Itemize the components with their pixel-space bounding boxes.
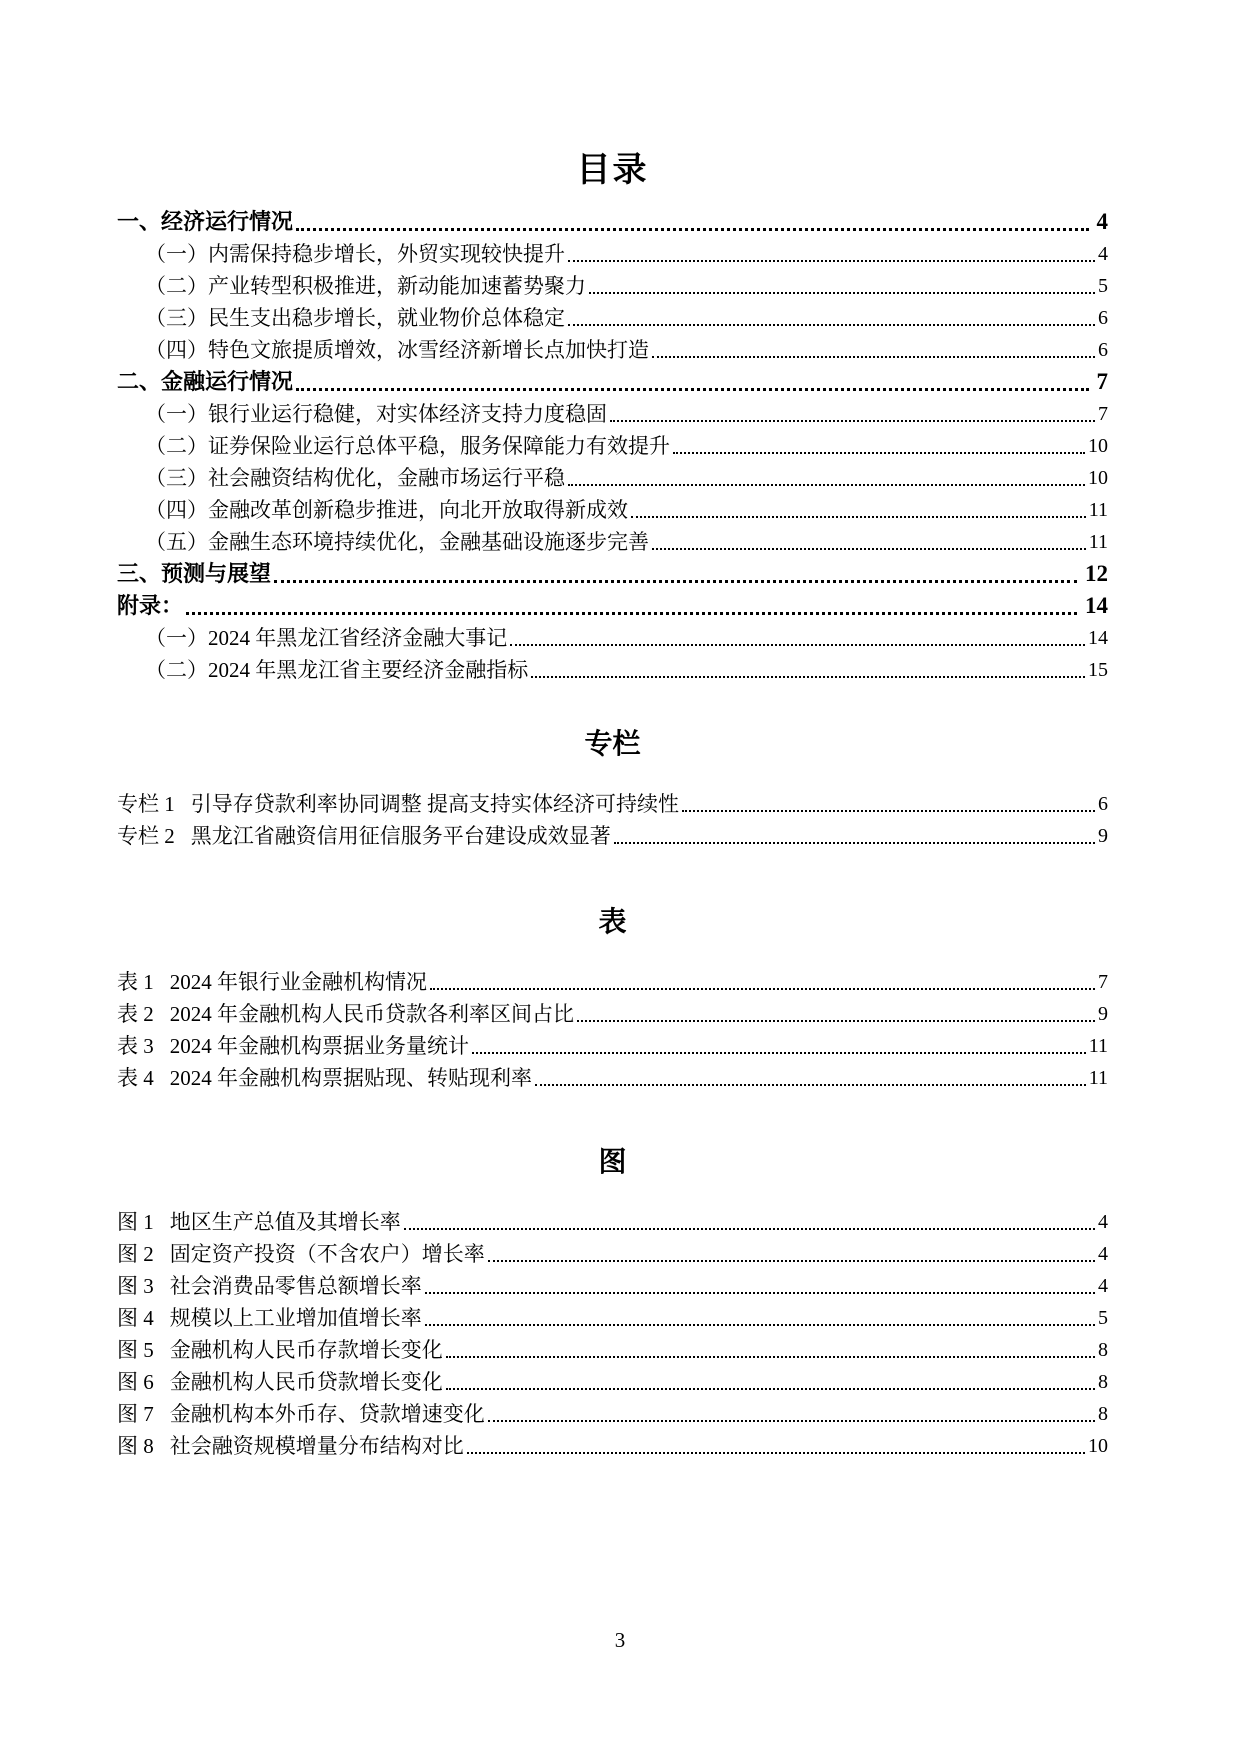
toc-entry-page: 11 (1089, 526, 1108, 558)
columns-entry-page: 6 (1098, 788, 1108, 820)
dotted-leader (186, 612, 1077, 615)
toc-entry-label: （一）银行业运行稳健，对实体经济支持力度稳固 (145, 398, 607, 430)
dotted-leader (404, 1228, 1095, 1230)
figures-entry-title: 金融机构人民币贷款增长变化 (170, 1366, 443, 1398)
dotted-leader (568, 324, 1095, 326)
tables-entry-number: 表 3 (117, 1030, 154, 1062)
toc-entry[interactable]: （五）金融生态环境持续优化，金融基础设施逐步完善11 (117, 526, 1108, 558)
toc-entry[interactable]: 三、预测与展望12 (117, 558, 1108, 590)
figures-entry-title: 金融机构本外币存、贷款增速变化 (170, 1398, 485, 1430)
figures-entry-page: 8 (1098, 1366, 1108, 1398)
section-list-columns: 专栏 1引导存贷款利率协同调整 提高支持实体经济可持续性6专栏 2黑龙江省融资信… (117, 788, 1108, 852)
toc-entry-page: 4 (1098, 238, 1108, 270)
toc-entry-page: 10 (1088, 430, 1108, 462)
dotted-leader (430, 988, 1095, 990)
figures-entry[interactable]: 图 1地区生产总值及其增长率4 (117, 1206, 1108, 1238)
toc-entry-label: （五）金融生态环境持续优化，金融基础设施逐步完善 (145, 526, 649, 558)
columns-entry-number: 专栏 2 (117, 820, 175, 852)
figures-entry[interactable]: 图 4规模以上工业增加值增长率5 (117, 1302, 1108, 1334)
toc-entry-label: （二）证券保险业运行总体平稳，服务保障能力有效提升 (145, 430, 670, 462)
figures-entry-title: 规模以上工业增加值增长率 (170, 1302, 422, 1334)
figures-entry-title: 金融机构人民币存款增长变化 (170, 1334, 443, 1366)
section-list-figures: 图 1地区生产总值及其增长率4图 2固定资产投资（不含农户）增长率4图 3社会消… (117, 1206, 1108, 1462)
toc-entry-page: 10 (1088, 462, 1108, 494)
toc-entry[interactable]: （四）特色文旅提质增效，冰雪经济新增长点加快打造6 (117, 334, 1108, 366)
toc-entry-page: 6 (1098, 334, 1108, 366)
toc-entry-label: （二）产业转型积极推进，新动能加速蓄势聚力 (145, 270, 586, 302)
toc-entry-label: 二、金融运行情况 (117, 366, 293, 398)
section-list-tables: 表 12024 年银行业金融机构情况7表 22024 年金融机构人民币贷款各利率… (117, 966, 1108, 1094)
toc-entry-label: （二）2024 年黑龙江省主要经济金融指标 (145, 654, 528, 686)
tables-entry-page: 7 (1098, 966, 1108, 998)
dotted-leader (577, 1020, 1095, 1022)
footer-page-number: 3 (0, 1626, 1240, 1654)
toc-entry-label: （四）特色文旅提质增效，冰雪经济新增长点加快打造 (145, 334, 649, 366)
toc-entry-label: （一）内需保持稳步增长，外贸实现较快提升 (145, 238, 565, 270)
toc-entry[interactable]: （一）银行业运行稳健，对实体经济支持力度稳固7 (117, 398, 1108, 430)
figures-entry[interactable]: 图 5金融机构人民币存款增长变化8 (117, 1334, 1108, 1366)
section-heading-tables: 表 (117, 904, 1108, 940)
figures-entry-page: 10 (1088, 1430, 1108, 1462)
section-figures: 图图 1地区生产总值及其增长率4图 2固定资产投资（不含农户）增长率4图 3社会… (117, 1144, 1108, 1462)
dotted-leader (610, 420, 1095, 422)
dotted-leader (568, 260, 1095, 262)
tables-entry[interactable]: 表 12024 年银行业金融机构情况7 (117, 966, 1108, 998)
tables-entry-number: 表 4 (117, 1062, 154, 1094)
section-columns: 专栏专栏 1引导存贷款利率协同调整 提高支持实体经济可持续性6专栏 2黑龙江省融… (117, 726, 1108, 852)
toc-entry-label: （四）金融改革创新稳步推进，向北开放取得新成效 (145, 494, 628, 526)
figures-entry-number: 图 6 (117, 1366, 154, 1398)
figures-entry[interactable]: 图 2固定资产投资（不含农户）增长率4 (117, 1238, 1108, 1270)
figures-entry-page: 4 (1098, 1206, 1108, 1238)
dotted-leader (446, 1356, 1095, 1358)
columns-entry-title: 引导存贷款利率协同调整 提高支持实体经济可持续性 (191, 788, 679, 820)
dotted-leader (296, 228, 1088, 231)
dotted-leader (446, 1388, 1095, 1390)
dotted-leader (425, 1324, 1095, 1326)
figures-entry-number: 图 2 (117, 1238, 154, 1270)
figures-entry-number: 图 4 (117, 1302, 154, 1334)
figures-entry-page: 8 (1098, 1334, 1108, 1366)
figures-entry-number: 图 8 (117, 1430, 154, 1462)
toc-entry-label: 三、预测与展望 (117, 558, 271, 590)
toc-entry-label: （三）社会融资结构优化，金融市场运行平稳 (145, 462, 565, 494)
toc-entry[interactable]: （三）社会融资结构优化，金融市场运行平稳10 (117, 462, 1108, 494)
toc-entry[interactable]: （三）民生支出稳步增长，就业物价总体稳定6 (117, 302, 1108, 334)
tables-entry[interactable]: 表 22024 年金融机构人民币贷款各利率区间占比9 (117, 998, 1108, 1030)
dotted-leader (510, 644, 1085, 646)
toc-entry[interactable]: 一、经济运行情况4 (117, 206, 1108, 238)
figures-entry-page: 5 (1098, 1302, 1108, 1334)
dotted-leader (531, 676, 1085, 678)
figures-entry[interactable]: 图 7金融机构本外币存、贷款增速变化8 (117, 1398, 1108, 1430)
figures-entry[interactable]: 图 6金融机构人民币贷款增长变化8 (117, 1366, 1108, 1398)
dotted-leader (631, 516, 1086, 518)
tables-entry-title: 2024 年金融机构票据贴现、转贴现利率 (170, 1062, 532, 1094)
toc-entry-label: （一）2024 年黑龙江省经济金融大事记 (145, 622, 507, 654)
columns-entry-number: 专栏 1 (117, 788, 175, 820)
toc-entry[interactable]: （一）内需保持稳步增长，外贸实现较快提升4 (117, 238, 1108, 270)
toc-entry-label: （三）民生支出稳步增长，就业物价总体稳定 (145, 302, 565, 334)
toc-entry-label: 附录： (117, 590, 183, 622)
toc-entry-page: 6 (1098, 302, 1108, 334)
columns-entry[interactable]: 专栏 2黑龙江省融资信用征信服务平台建设成效显著9 (117, 820, 1108, 852)
figures-entry-number: 图 5 (117, 1334, 154, 1366)
dotted-leader (425, 1292, 1095, 1294)
figures-entry-number: 图 3 (117, 1270, 154, 1302)
tables-entry-page: 11 (1089, 1062, 1108, 1094)
document-page: 目录 一、经济运行情况4（一）内需保持稳步增长，外贸实现较快提升4（二）产业转型… (0, 0, 1240, 1754)
section-heading-figures: 图 (117, 1144, 1108, 1180)
dotted-leader (673, 452, 1085, 454)
dotted-leader (614, 842, 1095, 844)
toc-entry-page: 14 (1088, 622, 1108, 654)
figures-entry[interactable]: 图 3社会消费品零售总额增长率4 (117, 1270, 1108, 1302)
figures-entry-number: 图 7 (117, 1398, 154, 1430)
section-tables: 表表 12024 年银行业金融机构情况7表 22024 年金融机构人民币贷款各利… (117, 904, 1108, 1094)
figures-entry-number: 图 1 (117, 1206, 154, 1238)
tables-entry-number: 表 2 (117, 998, 154, 1030)
page-title: 目录 (117, 150, 1108, 190)
figures-entry-page: 4 (1098, 1270, 1108, 1302)
dotted-leader (682, 810, 1095, 812)
toc-entry-page: 7 (1098, 398, 1108, 430)
dotted-leader (589, 292, 1095, 294)
columns-entry-page: 9 (1098, 820, 1108, 852)
dotted-leader (652, 548, 1086, 550)
figures-entry-page: 8 (1098, 1398, 1108, 1430)
toc-entry[interactable]: 附录：14 (117, 590, 1108, 622)
figures-entry-title: 社会融资规模增量分布结构对比 (170, 1430, 464, 1462)
figures-entry-title: 固定资产投资（不含农户）增长率 (170, 1238, 485, 1270)
dotted-leader (274, 580, 1077, 583)
dotted-leader (652, 356, 1095, 358)
tables-entry-title: 2024 年金融机构人民币贷款各利率区间占比 (170, 998, 574, 1030)
dotted-leader (296, 388, 1088, 391)
toc-entry[interactable]: （一）2024 年黑龙江省经济金融大事记14 (117, 622, 1108, 654)
tables-entry[interactable]: 表 32024 年金融机构票据业务量统计11 (117, 1030, 1108, 1062)
figures-entry-title: 社会消费品零售总额增长率 (170, 1270, 422, 1302)
columns-entry[interactable]: 专栏 1引导存贷款利率协同调整 提高支持实体经济可持续性6 (117, 788, 1108, 820)
toc-entry[interactable]: （二）产业转型积极推进，新动能加速蓄势聚力5 (117, 270, 1108, 302)
tables-entry-page: 11 (1089, 1030, 1108, 1062)
toc-entry-page: 14 (1085, 590, 1108, 622)
tables-entry-number: 表 1 (117, 966, 154, 998)
figures-entry[interactable]: 图 8社会融资规模增量分布结构对比10 (117, 1430, 1108, 1462)
tables-entry-page: 9 (1098, 998, 1108, 1030)
toc-entry-page: 15 (1088, 654, 1108, 686)
dotted-leader (467, 1452, 1085, 1454)
figures-entry-page: 4 (1098, 1238, 1108, 1270)
tables-entry-title: 2024 年金融机构票据业务量统计 (170, 1030, 469, 1062)
toc-list: 一、经济运行情况4（一）内需保持稳步增长，外贸实现较快提升4（二）产业转型积极推… (117, 206, 1108, 686)
columns-entry-title: 黑龙江省融资信用征信服务平台建设成效显著 (191, 820, 611, 852)
toc-entry-page: 5 (1098, 270, 1108, 302)
tables-entry[interactable]: 表 42024 年金融机构票据贴现、转贴现利率11 (117, 1062, 1108, 1094)
toc-entry[interactable]: （二）2024 年黑龙江省主要经济金融指标15 (117, 654, 1108, 686)
tables-entry-title: 2024 年银行业金融机构情况 (170, 966, 427, 998)
dotted-leader (488, 1260, 1095, 1262)
toc-entry-page: 4 (1097, 206, 1109, 238)
list-sections: 专栏专栏 1引导存贷款利率协同调整 提高支持实体经济可持续性6专栏 2黑龙江省融… (117, 726, 1108, 1462)
toc-entry[interactable]: （二）证券保险业运行总体平稳，服务保障能力有效提升10 (117, 430, 1108, 462)
toc-entry-page: 7 (1097, 366, 1109, 398)
dotted-leader (535, 1084, 1086, 1086)
dotted-leader (488, 1420, 1095, 1422)
section-heading-columns: 专栏 (117, 726, 1108, 762)
figures-entry-title: 地区生产总值及其增长率 (170, 1206, 401, 1238)
dotted-leader (472, 1052, 1086, 1054)
dotted-leader (568, 484, 1085, 486)
toc-entry-page: 11 (1089, 494, 1108, 526)
toc-entry[interactable]: （四）金融改革创新稳步推进，向北开放取得新成效11 (117, 494, 1108, 526)
toc-entry-label: 一、经济运行情况 (117, 206, 293, 238)
toc-entry[interactable]: 二、金融运行情况7 (117, 366, 1108, 398)
toc-entry-page: 12 (1085, 558, 1108, 590)
